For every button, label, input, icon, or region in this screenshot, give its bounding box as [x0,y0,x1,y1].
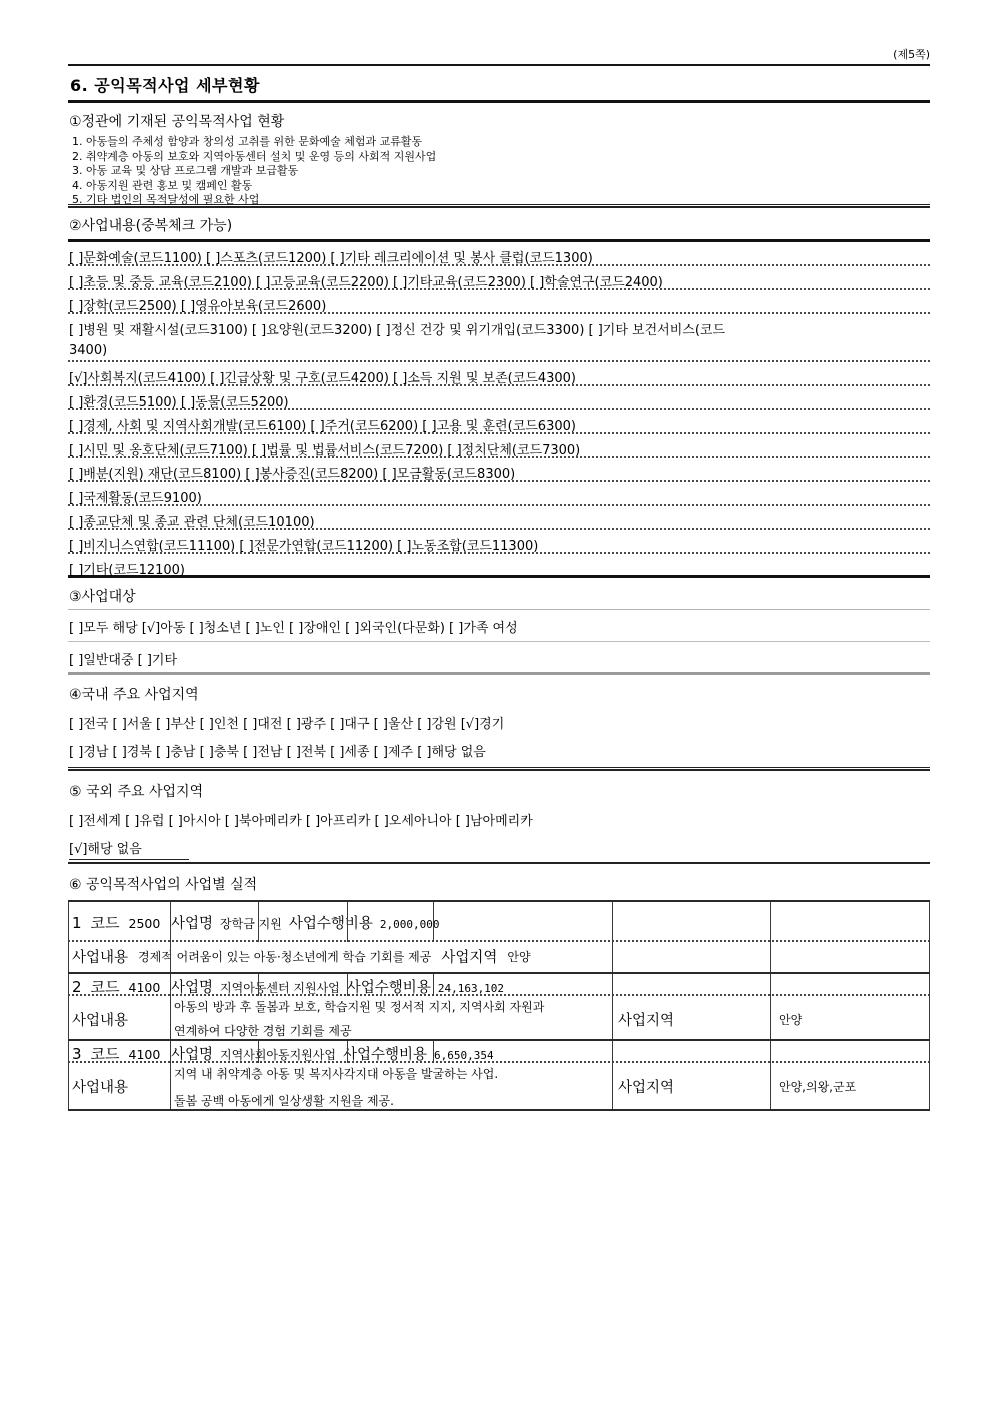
content-label: 사업내용 [72,946,128,967]
table-vline [258,902,259,942]
table-vline [612,902,613,972]
table-vline [770,902,771,972]
checkbox-line: [ ]경남 [ ]경북 [ ]충남 [ ]충북 [ ]전남 [ ]전북 [ ]세… [68,732,930,760]
cost-value: 6,650,354 [434,1049,494,1062]
code-value: 4100 [129,1047,161,1062]
checkbox-line: [ ]장학(코드2500) [ ]영유아보육(코드2600) [68,290,930,314]
checkbox-line: [ ]기타(코드12100) [68,554,930,578]
section3-heading: ③사업대상 [68,586,930,610]
content-text: 경제적 어려움이 있는 아동·청소년에게 학습 기회를 제공 [138,948,431,965]
business-results-table: 1 코드 2500 사업명 장학금 지원 사업수행비용 2,000,000 사업… [68,900,930,1111]
cost-label: 사업수행비용 [347,976,431,997]
business-name-label: 사업명 [171,1043,213,1064]
checkbox-line: [ ]종교단체 및 종교 관련 단체(코드10100) [68,506,930,530]
entry-number: 1 [72,914,82,932]
section-business-content: ②사업내용(중복체크 가능) [ ]문화예술(코드1100) [ ]스포츠(코드… [68,215,930,578]
region-value: 안양 [507,948,530,965]
section-target: ③사업대상 [ ]모두 해당 [√]아동 [ ]청소년 [ ]노인 [ ]장애인… [68,586,930,675]
entry-header-row: 2 코드 4100 사업명 지역아동센터 지원사업 사업수행비용 24,163,… [68,974,930,996]
content-text-line1: 아동의 방과 후 돌봄과 보호, 학습지원 및 정서적 지지, 지역사회 자원과 [174,998,544,1015]
table-vline [929,902,930,972]
table-vline [170,902,171,972]
code-value: 2500 [129,916,161,931]
checkbox-line: [ ]전국 [ ]서울 [ ]부산 [ ]인천 [ ]대전 [ ]광주 [ ]대… [68,704,930,732]
section-domestic-region: ④국내 주요 사업지역 [ ]전국 [ ]서울 [ ]부산 [ ]인천 [ ]대… [68,684,930,771]
section2-heading: ②사업내용(중복체크 가능) [68,215,930,242]
purpose-item: 3. 아동 교육 및 상담 프로그램 개발과 보급활동 [68,164,930,179]
checkbox-line: [ ]환경(코드5100) [ ]동물(코드5200) [68,386,930,410]
business-name-label: 사업명 [171,976,213,997]
checkbox-line: [ ]전세계 [ ]유럽 [ ]아시아 [ ]북아메리카 [ ]아프리카 [ ]… [68,801,930,829]
checkbox-line: [ ]경제, 사회 및 지역사회개발(코드6100) [ ]주거(코드6200)… [68,410,930,434]
purpose-list: 1. 아동들의 주체성 함양과 창의성 고취를 위한 문화예술 체험과 교류활동… [68,135,930,208]
business-entry-1: 1 코드 2500 사업명 장학금 지원 사업수행비용 2,000,000 사업… [68,902,930,974]
table-vline [258,974,259,996]
checkbox-line-wrap: 3400) [68,338,930,362]
table-vline [929,974,930,1039]
table-vline [433,1041,434,1063]
region-value: 안양,의왕,군포 [779,1078,856,1095]
business-name: 지역아동센터 지원사업 [220,979,340,996]
section-business-results: ⑥ 공익목적사업의 사업별 실적 1 코드 [68,874,930,1111]
table-vline [433,974,434,996]
code-label: 코드 [91,912,120,933]
checkbox-line: [ ]국제활동(코드9100) [68,482,930,506]
business-name: 지역사회아동지원사업 [220,1046,336,1063]
checkbox-line-holder: [√]해당 없음 [68,829,930,860]
table-vline [170,1041,171,1109]
document-page: (제5쪽) 6. 공익목적사업 세부현황 ①정관에 기재된 공익목적사업 현황 … [0,0,992,1403]
section5-heading: ⑤ 국외 주요 사업지역 [68,781,930,801]
region-label: 사업지역 [441,946,497,967]
section6-heading: ⑥ 공익목적사업의 사업별 실적 [68,874,930,894]
entry-code-group: 3 코드 4100 [72,1043,164,1064]
business-entry-3: 3 코드 4100 사업명 지역사회아동지원사업 사업수행비용 6,650,35… [68,1041,930,1111]
table-vline [68,1041,69,1109]
checkbox-line: [ ]배분(지원) 재단(코드8100) [ ]봉사증진(코드8200) [ ]… [68,458,930,482]
section-divider [68,767,930,771]
table-vline [347,1041,348,1063]
table-vline [170,974,171,1039]
business-entry-2: 2 코드 4100 사업명 지역아동센터 지원사업 사업수행비용 24,163,… [68,974,930,1041]
checkbox-line: [ ]비지니스연합(코드11100) [ ]전문가연합(코드11200) [ ]… [68,530,930,554]
table-vline [612,1041,613,1109]
cost-value: 2,000,000 [380,918,440,931]
purpose-item: 2. 취약계층 아동의 보호와 지역아동센터 설치 및 운영 등의 사회적 지원… [68,150,930,165]
entry-code-group: 1 코드 2500 [72,912,164,933]
section-charter-purposes: ①정관에 기재된 공익목적사업 현황 1. 아동들의 주체성 함양과 창의성 고… [68,111,930,208]
cost-value: 24,163,102 [438,982,504,995]
page-title: 6. 공익목적사업 세부현황 [68,66,930,103]
code-label: 코드 [91,976,120,997]
table-vline [433,902,434,942]
checkbox-line: [ ]초등 및 중등 교육(코드2100) [ ]고등교육(코드2200) [ … [68,266,930,290]
section-divider [68,860,930,864]
checkbox-line: [√]사회복지(코드4100) [ ]긴급상황 및 구호(코드4200) [ ]… [68,362,930,386]
purpose-item: 1. 아동들의 주체성 함양과 창의성 고취를 위한 문화예술 체험과 교류활동 [68,135,930,150]
content-label: 사업내용 [72,1009,128,1030]
table-vline [68,902,69,972]
business-name: 장학금 지원 [220,915,282,932]
entry-header-row: 3 코드 4100 사업명 지역사회아동지원사업 사업수행비용 6,650,35… [68,1041,930,1063]
content-text-line1: 지역 내 취약계층 아동 및 복지사각지대 아동을 발굴하는 사업. [174,1065,498,1082]
table-vline [347,974,348,996]
purpose-item: 4. 아동지원 관련 홍보 및 캠페인 활동 [68,179,930,194]
entry-detail-row: 사업내용 지역 내 취약계층 아동 및 복지사각지대 아동을 발굴하는 사업. … [68,1063,930,1109]
section1-heading: ①정관에 기재된 공익목적사업 현황 [68,111,930,131]
page-content: (제5쪽) 6. 공익목적사업 세부현황 ①정관에 기재된 공익목적사업 현황 … [0,0,992,1111]
entry-number: 3 [72,1045,82,1063]
entry-number: 2 [72,978,82,996]
code-value: 4100 [129,980,161,995]
entry-detail-row: 사업내용 경제적 어려움이 있는 아동·청소년에게 학습 기회를 제공 사업지역… [68,942,930,972]
section-overseas-region: ⑤ 국외 주요 사업지역 [ ]전세계 [ ]유럽 [ ]아시아 [ ]북아메리… [68,781,930,864]
entry-detail-row: 사업내용 아동의 방과 후 돌봄과 보호, 학습지원 및 정서적 지지, 지역사… [68,996,930,1039]
cost-label: 사업수행비용 [289,912,373,933]
page-number-label: (제5쪽) [68,46,930,66]
cost-label: 사업수행비용 [343,1043,427,1064]
code-label: 코드 [91,1043,120,1064]
checkbox-line: [ ]시민 및 옹호단체(코드7100) [ ]법률 및 법률서비스(코드720… [68,434,930,458]
table-vline [770,1041,771,1109]
table-vline [770,974,771,1039]
section4-heading: ④국내 주요 사업지역 [68,684,930,704]
table-vline [347,902,348,942]
content-text-line2: 돌봄 공백 아동에게 일상생활 지원을 제공. [174,1092,394,1109]
content-label: 사업내용 [72,1076,128,1097]
table-vline [68,974,69,1039]
region-value: 안양 [779,1011,802,1028]
checkbox-line: [ ]일반대중 [ ]기타 [68,642,930,675]
region-label: 사업지역 [618,1076,674,1097]
entry-code-group: 2 코드 4100 [72,976,164,997]
checkbox-line: [ ]모두 해당 [√]아동 [ ]청소년 [ ]노인 [ ]장애인 [ ]외국… [68,610,930,642]
checkbox-line: [ ]병원 및 재활시설(코드3100) [ ]요양원(코드3200) [ ]정… [68,314,930,338]
table-vline [258,1041,259,1063]
checkbox-line: [ ]문화예술(코드1100) [ ]스포츠(코드1200) [ ]기타 레크리… [68,242,930,266]
business-name-label: 사업명 [171,912,213,933]
entry-header-row: 1 코드 2500 사업명 장학금 지원 사업수행비용 2,000,000 [68,902,930,942]
region-label: 사업지역 [618,1009,674,1030]
table-vline [612,974,613,1039]
table-vline [929,1041,930,1109]
content-text-line2: 연계하여 다양한 경험 기회를 제공 [174,1022,352,1039]
checkbox-line: [√]해당 없음 [69,838,189,860]
